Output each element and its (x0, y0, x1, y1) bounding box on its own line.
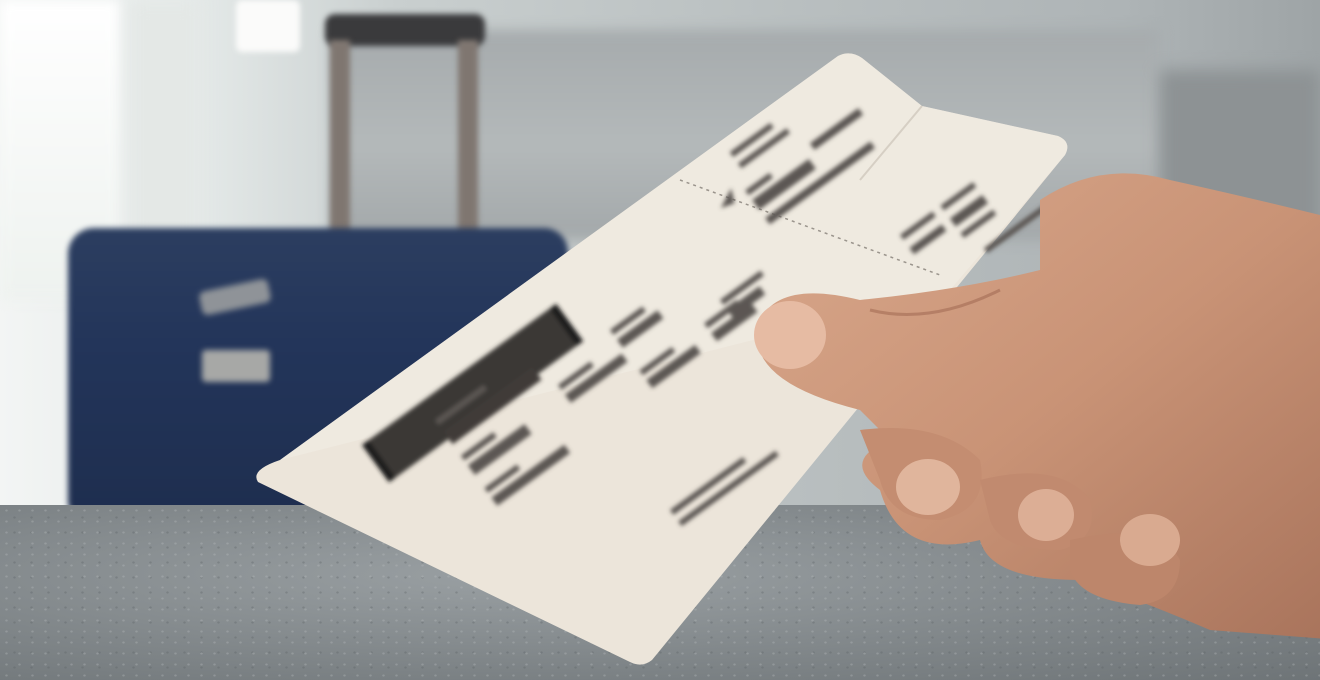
ceiling-light (236, 0, 300, 52)
hand (740, 160, 1320, 640)
photo-scene (0, 0, 1320, 680)
